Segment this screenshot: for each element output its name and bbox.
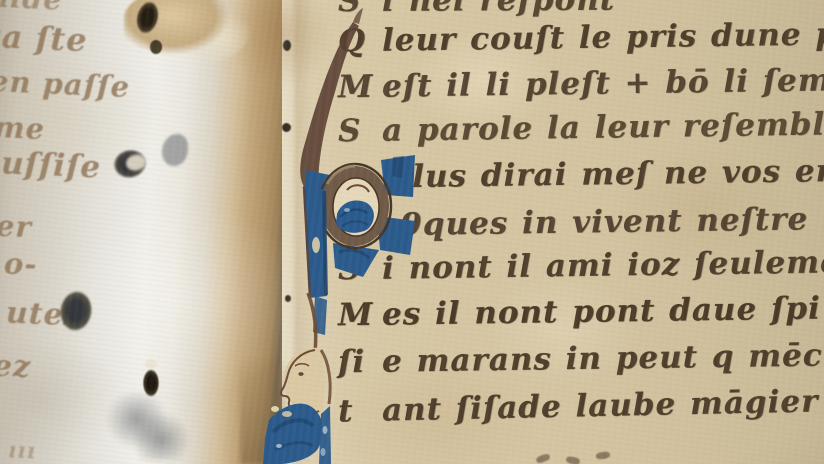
verso-text-fragment: ier <box>0 211 32 242</box>
manuscript-photo: nide ta ſte en paſſe me auſſiſe ier o- u… <box>0 0 824 464</box>
illuminated-initial-p: Blue and bronze illuminated initial P wi… <box>235 0 435 464</box>
verso-text-fragment: tez <box>0 351 32 383</box>
tear-shadow <box>150 40 162 54</box>
parchment-hole-glint <box>145 359 157 369</box>
line-text: a parole la leur reſemble <box>382 109 824 146</box>
ink-blot <box>105 139 164 187</box>
verso-text-fragment: me <box>0 113 46 144</box>
ink-blot <box>162 134 188 166</box>
parchment-hole <box>142 368 160 398</box>
verso-text-fragment: nide <box>0 0 63 15</box>
line-text: lus dirai meſ ne vos ennuit <box>412 155 824 193</box>
verso-text-fragment: auſſiſe <box>0 147 102 183</box>
verso-text-fragment: en paſſe <box>0 67 131 102</box>
line-text: e marans in peut q mēcie <box>382 340 824 378</box>
marginal-blue-acanthus <box>263 404 331 464</box>
line-text: leur couſt le pris dune plin <box>382 19 824 57</box>
ink-blot-gap <box>124 152 148 172</box>
verso-text-fragment: ııı <box>8 439 37 462</box>
line-text: 9ques in vivent neſtre ni <box>400 204 824 241</box>
line-text: ant ſiſade laube māgier <box>382 386 819 426</box>
line-text: eſt il li pleſt + bō li ſemble <box>382 65 824 103</box>
marginal-flourish <box>300 8 363 188</box>
parchment-stain <box>104 392 190 460</box>
line-text: es il nont pont daue ſpi <box>382 294 821 331</box>
verso-text-fragment: ta ſte <box>0 20 88 56</box>
verso-text-fragment: o- <box>3 249 38 279</box>
line-text: i nont il ami ioz ſeulemēt <box>382 247 824 285</box>
